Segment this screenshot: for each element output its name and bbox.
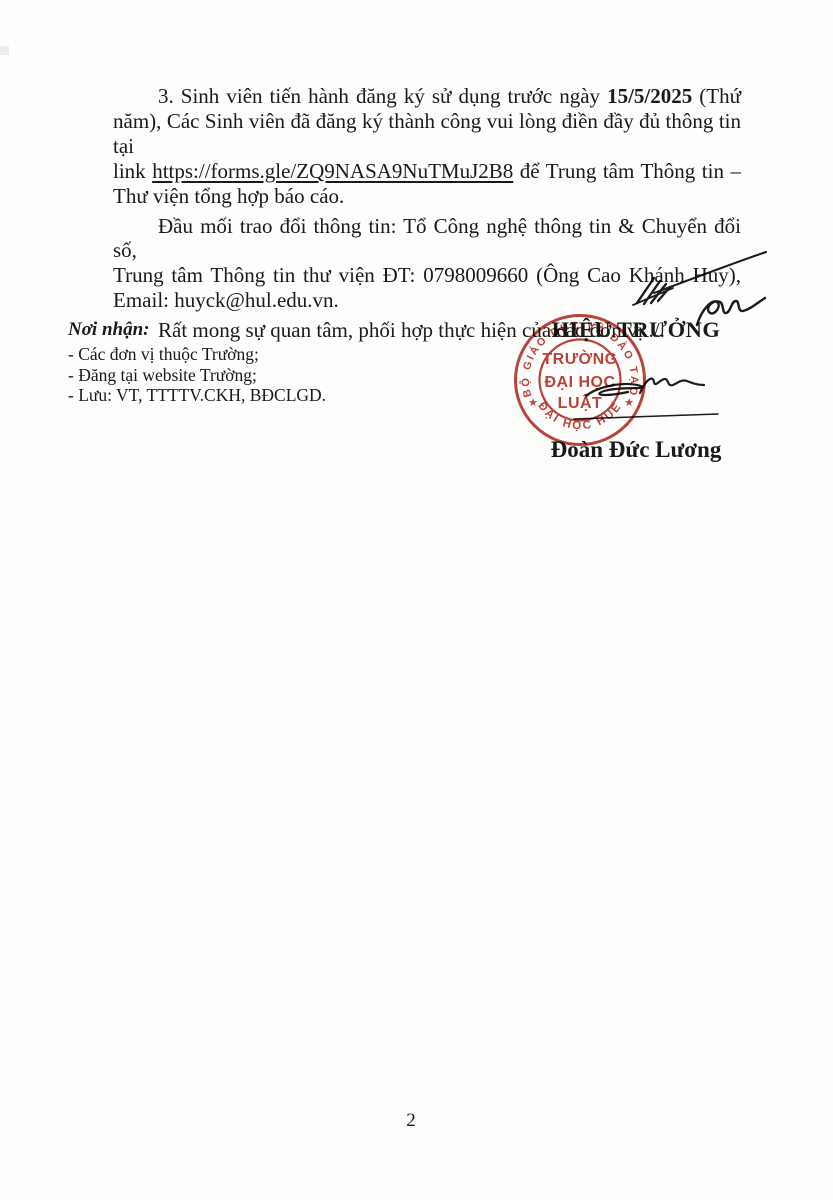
initial-above-title-ink xyxy=(697,298,765,325)
text-run: link xyxy=(113,159,152,183)
page-number: 2 xyxy=(0,1110,822,1132)
text-line: năm), Các Sinh viên đã đăng ký thành côn… xyxy=(113,109,741,159)
signature-ink xyxy=(480,240,800,480)
recipients-block: Nơi nhận: - Các đơn vị thuộc Trường; - Đ… xyxy=(68,319,326,406)
text-run: 3. Sinh viên tiến hành đăng ký sử dụng t… xyxy=(158,84,607,108)
deadline-date: 15/5/2025 xyxy=(607,84,692,108)
text-run: (Thứ xyxy=(692,84,741,108)
recipient-item: - Đăng tại website Trường; xyxy=(68,365,326,386)
text-line: link https://forms.gle/ZQ9NASA9NuTMuJ2B8… xyxy=(113,159,741,184)
text-run: để Trung tâm Thông tin – xyxy=(513,159,741,183)
main-signature-ink xyxy=(586,379,704,396)
scanned-document-page: 3. Sinh viên tiến hành đăng ký sử dụng t… xyxy=(0,0,833,1200)
text-line: 3. Sinh viên tiến hành đăng ký sử dụng t… xyxy=(113,84,741,109)
registration-form-link: https://forms.gle/ZQ9NASA9NuTMuJ2B8 xyxy=(152,159,513,183)
recipient-item: - Các đơn vị thuộc Trường; xyxy=(68,344,326,365)
recipients-title: Nơi nhận: xyxy=(68,319,326,341)
recipient-item: - Lưu: VT, TTTTV.CKH, BĐCLGD. xyxy=(68,385,326,406)
scan-artifact xyxy=(0,46,9,55)
signature-underline xyxy=(574,414,718,419)
text-line: Thư viện tổng hợp báo cáo. xyxy=(113,184,741,209)
paragraph-item-3: 3. Sinh viên tiến hành đăng ký sử dụng t… xyxy=(113,84,741,209)
initial-flick-ink xyxy=(633,252,766,305)
